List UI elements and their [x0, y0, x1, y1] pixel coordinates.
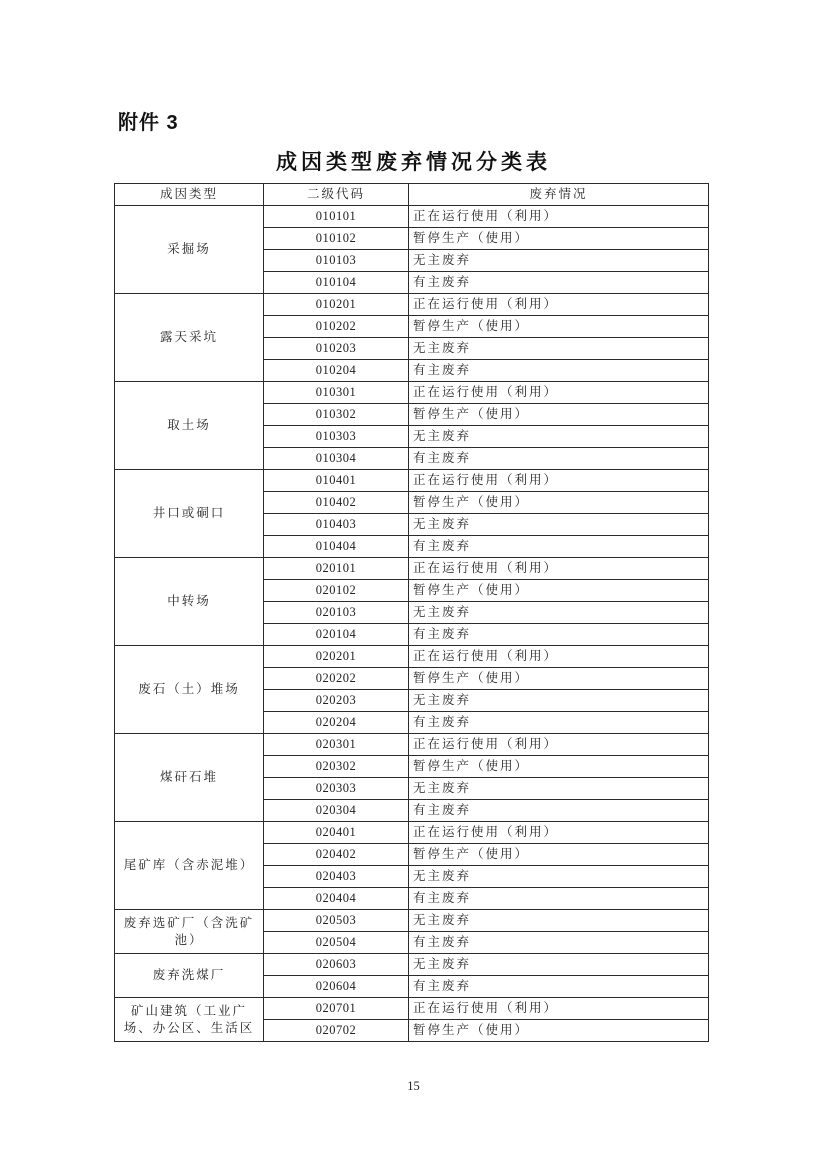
abandonment-status-cell: 暂停生产（使用） [409, 492, 709, 514]
secondary-code-cell: 020503 [264, 910, 409, 932]
secondary-code-cell: 010202 [264, 316, 409, 338]
abandonment-status-cell: 有主废弃 [409, 624, 709, 646]
secondary-code-cell: 020101 [264, 558, 409, 580]
secondary-code-cell: 010103 [264, 250, 409, 272]
abandonment-status-cell: 有主废弃 [409, 932, 709, 954]
table-row: 尾矿库（含赤泥堆）020401正在运行使用（利用） [115, 822, 709, 844]
abandonment-status-cell: 无主废弃 [409, 250, 709, 272]
abandonment-status-cell: 正在运行使用（利用） [409, 470, 709, 492]
secondary-code-cell: 010401 [264, 470, 409, 492]
cause-type-cell: 废弃选矿厂（含洗矿池） [115, 910, 264, 954]
secondary-code-cell: 020303 [264, 778, 409, 800]
abandonment-status-cell: 无主废弃 [409, 426, 709, 448]
header-abandonment-status: 废弃情况 [409, 184, 709, 206]
table-row: 取土场010301正在运行使用（利用） [115, 382, 709, 404]
secondary-code-cell: 020604 [264, 976, 409, 998]
table-row: 废弃选矿厂（含洗矿池）020503无主废弃 [115, 910, 709, 932]
secondary-code-cell: 010303 [264, 426, 409, 448]
cause-type-cell: 中转场 [115, 558, 264, 646]
abandonment-status-cell: 有主废弃 [409, 360, 709, 382]
abandonment-status-cell: 暂停生产（使用） [409, 756, 709, 778]
abandonment-status-cell: 有主废弃 [409, 976, 709, 998]
secondary-code-cell: 010403 [264, 514, 409, 536]
abandonment-status-cell: 正在运行使用（利用） [409, 382, 709, 404]
secondary-code-cell: 020701 [264, 998, 409, 1020]
table-row: 露天采坑010201正在运行使用（利用） [115, 294, 709, 316]
classification-table: 成因类型 二级代码 废弃情况 采掘场010101正在运行使用（利用）010102… [114, 183, 709, 1042]
secondary-code-cell: 020203 [264, 690, 409, 712]
abandonment-status-cell: 无主废弃 [409, 338, 709, 360]
abandonment-status-cell: 正在运行使用（利用） [409, 646, 709, 668]
cause-type-cell: 矿山建筑（工业广场、办公区、生活区 [115, 998, 264, 1042]
abandonment-status-cell: 无主废弃 [409, 954, 709, 976]
abandonment-status-cell: 正在运行使用（利用） [409, 558, 709, 580]
secondary-code-cell: 020402 [264, 844, 409, 866]
secondary-code-cell: 010404 [264, 536, 409, 558]
cause-type-cell: 采掘场 [115, 206, 264, 294]
abandonment-status-cell: 无主废弃 [409, 910, 709, 932]
abandonment-status-cell: 有主废弃 [409, 712, 709, 734]
abandonment-status-cell: 有主废弃 [409, 272, 709, 294]
abandonment-status-cell: 暂停生产（使用） [409, 1020, 709, 1042]
abandonment-status-cell: 有主废弃 [409, 448, 709, 470]
secondary-code-cell: 010201 [264, 294, 409, 316]
abandonment-status-cell: 正在运行使用（利用） [409, 206, 709, 228]
cause-type-cell: 井口或硐口 [115, 470, 264, 558]
abandonment-status-cell: 暂停生产（使用） [409, 228, 709, 250]
secondary-code-cell: 010301 [264, 382, 409, 404]
secondary-code-cell: 010101 [264, 206, 409, 228]
cause-type-cell: 露天采坑 [115, 294, 264, 382]
abandonment-status-cell: 正在运行使用（利用） [409, 294, 709, 316]
secondary-code-cell: 020202 [264, 668, 409, 690]
table-row: 废石（土）堆场020201正在运行使用（利用） [115, 646, 709, 668]
secondary-code-cell: 020504 [264, 932, 409, 954]
table-header-row: 成因类型 二级代码 废弃情况 [115, 184, 709, 206]
attachment-label: 附件 3 [118, 106, 179, 135]
secondary-code-cell: 020304 [264, 800, 409, 822]
table-row: 矿山建筑（工业广场、办公区、生活区020701正在运行使用（利用） [115, 998, 709, 1020]
table-row: 中转场020101正在运行使用（利用） [115, 558, 709, 580]
secondary-code-cell: 020103 [264, 602, 409, 624]
abandonment-status-cell: 无主废弃 [409, 866, 709, 888]
secondary-code-cell: 010302 [264, 404, 409, 426]
cause-type-cell: 煤矸石堆 [115, 734, 264, 822]
secondary-code-cell: 020302 [264, 756, 409, 778]
secondary-code-cell: 010304 [264, 448, 409, 470]
abandonment-status-cell: 有主废弃 [409, 800, 709, 822]
abandonment-status-cell: 有主废弃 [409, 536, 709, 558]
abandonment-status-cell: 正在运行使用（利用） [409, 822, 709, 844]
secondary-code-cell: 010402 [264, 492, 409, 514]
abandonment-status-cell: 有主废弃 [409, 888, 709, 910]
secondary-code-cell: 010104 [264, 272, 409, 294]
abandonment-status-cell: 暂停生产（使用） [409, 316, 709, 338]
table-body: 采掘场010101正在运行使用（利用）010102暂停生产（使用）010103无… [115, 206, 709, 1042]
secondary-code-cell: 020301 [264, 734, 409, 756]
abandonment-status-cell: 暂停生产（使用） [409, 844, 709, 866]
abandonment-status-cell: 无主废弃 [409, 514, 709, 536]
table-row: 井口或硐口010401正在运行使用（利用） [115, 470, 709, 492]
secondary-code-cell: 010204 [264, 360, 409, 382]
secondary-code-cell: 010102 [264, 228, 409, 250]
table-row: 采掘场010101正在运行使用（利用） [115, 206, 709, 228]
abandonment-status-cell: 暂停生产（使用） [409, 404, 709, 426]
secondary-code-cell: 020403 [264, 866, 409, 888]
abandonment-status-cell: 暂停生产（使用） [409, 580, 709, 602]
abandonment-status-cell: 正在运行使用（利用） [409, 998, 709, 1020]
secondary-code-cell: 010203 [264, 338, 409, 360]
abandonment-status-cell: 正在运行使用（利用） [409, 734, 709, 756]
table-row: 废弃洗煤厂020603无主废弃 [115, 954, 709, 976]
secondary-code-cell: 020204 [264, 712, 409, 734]
cause-type-cell: 取土场 [115, 382, 264, 470]
header-secondary-code: 二级代码 [264, 184, 409, 206]
abandonment-status-cell: 暂停生产（使用） [409, 668, 709, 690]
table-row: 煤矸石堆020301正在运行使用（利用） [115, 734, 709, 756]
secondary-code-cell: 020102 [264, 580, 409, 602]
secondary-code-cell: 020201 [264, 646, 409, 668]
header-cause-type: 成因类型 [115, 184, 264, 206]
abandonment-status-cell: 无主废弃 [409, 690, 709, 712]
secondary-code-cell: 020401 [264, 822, 409, 844]
page-title: 成因类型废弃情况分类表 [0, 146, 827, 176]
secondary-code-cell: 020104 [264, 624, 409, 646]
secondary-code-cell: 020404 [264, 888, 409, 910]
secondary-code-cell: 020702 [264, 1020, 409, 1042]
page-number: 15 [0, 1079, 827, 1094]
abandonment-status-cell: 无主废弃 [409, 602, 709, 624]
cause-type-cell: 废弃洗煤厂 [115, 954, 264, 998]
cause-type-cell: 尾矿库（含赤泥堆） [115, 822, 264, 910]
abandonment-status-cell: 无主废弃 [409, 778, 709, 800]
document-page: 附件 3 成因类型废弃情况分类表 成因类型 二级代码 废弃情况 采掘场01010… [0, 0, 827, 1169]
cause-type-cell: 废石（土）堆场 [115, 646, 264, 734]
secondary-code-cell: 020603 [264, 954, 409, 976]
